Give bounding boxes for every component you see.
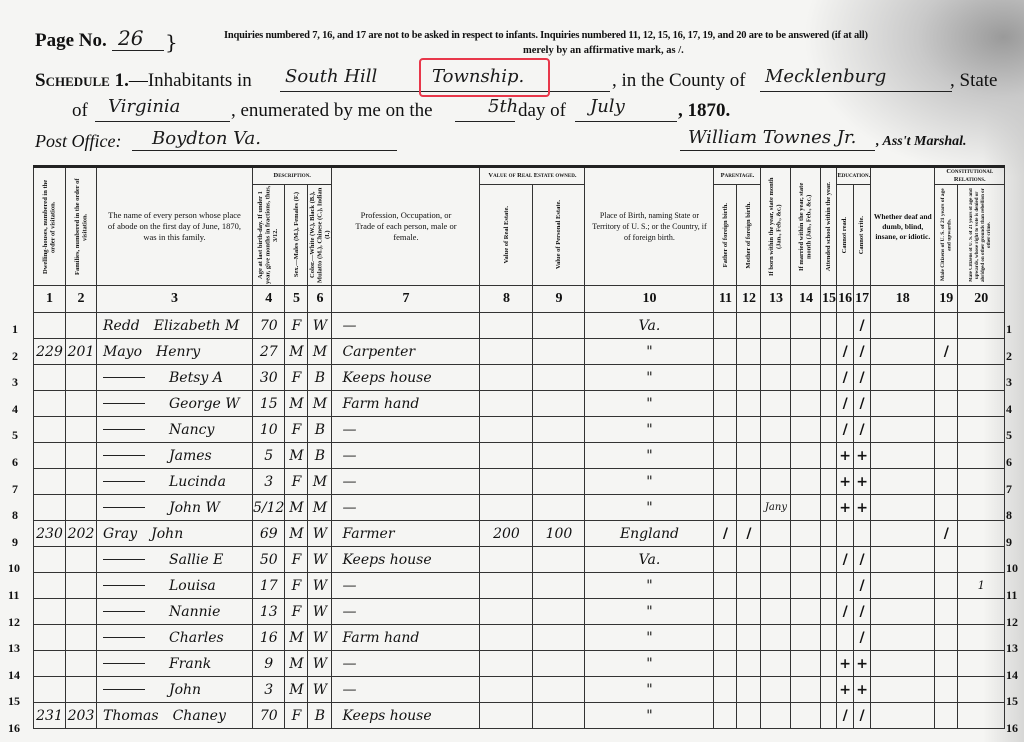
family-cell [66, 599, 97, 625]
person-name-cell: Lucinda [97, 469, 253, 495]
occupation-cell: — [332, 313, 480, 339]
constitutional-group-header: Constitutional Relations. [935, 168, 1004, 184]
census-page: Page No. 26 } Inquiries numbered 7, 16, … [0, 0, 1024, 742]
birthplace-cell: " [585, 651, 714, 677]
empty-cell [791, 547, 821, 573]
col-number: 16 [837, 286, 853, 313]
col-11-header: Father of foreign birth. [722, 203, 730, 267]
table-row: 229201MayoHenry27MMCarpenter"/// [34, 339, 1005, 365]
mother-foreign-cell [737, 443, 761, 469]
family-cell [66, 651, 97, 677]
color-cell: W [308, 521, 332, 547]
state-value: Virginia [108, 96, 180, 117]
occupation-cell: Farmer [332, 521, 480, 547]
empty-cell [871, 469, 935, 495]
person-name-cell: Louisa [97, 573, 253, 599]
description-group-header: Description. [253, 172, 331, 180]
day-underline [455, 121, 515, 122]
empty-cell [821, 469, 837, 495]
dwelling-cell [34, 391, 66, 417]
empty-cell [821, 339, 837, 365]
empty-cell [821, 677, 837, 703]
personal-cell [533, 469, 585, 495]
empty-cell [791, 339, 821, 365]
father-foreign-cell [714, 651, 737, 677]
family-cell [66, 495, 97, 521]
sex-cell: F [285, 547, 308, 573]
occupation-cell: Keeps house [332, 365, 480, 391]
col-number: 12 [737, 286, 761, 313]
col-number: 17 [853, 286, 870, 313]
highlight-box [419, 58, 550, 97]
empty-cell [821, 651, 837, 677]
education-group-header: Education. [837, 172, 870, 180]
line-number: 10 [1006, 561, 1018, 576]
person-name-cell: ThomasChaney [97, 703, 253, 729]
age-cell: 3 [253, 469, 285, 495]
denied-cell [958, 469, 1005, 495]
col-14-header: If married within the year, state month … [798, 177, 813, 277]
cannot-read-cell [837, 625, 853, 651]
citizen-cell [935, 443, 958, 469]
born-month-cell [761, 469, 791, 495]
empty-cell [871, 547, 935, 573]
citizen-cell [935, 547, 958, 573]
color-cell: W [308, 573, 332, 599]
ditto-dash [103, 507, 145, 508]
post-office-underline [132, 150, 397, 151]
cannot-read-cell: + [837, 651, 853, 677]
ditto-dash [103, 559, 145, 560]
occupation-cell: Farm hand [332, 391, 480, 417]
birthplace-cell: " [585, 417, 714, 443]
citizen-cell [935, 313, 958, 339]
occupation-cell: — [332, 443, 480, 469]
dwelling-cell: 231 [34, 703, 66, 729]
dwelling-cell [34, 469, 66, 495]
birthplace-cell: " [585, 625, 714, 651]
citizen-cell [935, 625, 958, 651]
col-4-header: Age at last birth-day. If under 1 year, … [257, 185, 280, 285]
person-name-cell: Sallie E [97, 547, 253, 573]
line-number: 7 [12, 482, 18, 497]
ditto-dash [103, 689, 145, 690]
col-15-header: Attended school within the year. [825, 182, 833, 271]
col-7-header: Profession, Occupation, or Trade of each… [332, 210, 479, 243]
family-cell [66, 547, 97, 573]
col-8-header: Value of Real Estate. [503, 206, 511, 264]
cannot-read-cell: / [837, 339, 853, 365]
age-cell: 5 [253, 443, 285, 469]
table-row: ReddElizabeth M70FW—Va./ [34, 313, 1005, 339]
personal-cell [533, 417, 585, 443]
birthplace-cell: " [585, 339, 714, 365]
family-cell [66, 469, 97, 495]
birthplace-cell: " [585, 365, 714, 391]
sex-cell: F [285, 469, 308, 495]
empty-cell [871, 417, 935, 443]
mother-foreign-cell [737, 703, 761, 729]
cannot-write-cell: + [853, 469, 870, 495]
col-number: 3 [97, 286, 253, 313]
line-number: 11 [1006, 588, 1017, 603]
personal-cell [533, 443, 585, 469]
of-label: of [72, 100, 88, 122]
line-number: 15 [1006, 694, 1018, 709]
month-value: July [590, 96, 625, 117]
personal-cell [533, 495, 585, 521]
family-cell [66, 365, 97, 391]
table-row: 230202GrayJohn69MWFarmer200100England/// [34, 521, 1005, 547]
family-cell [66, 417, 97, 443]
real-cell [480, 443, 533, 469]
family-cell [66, 391, 97, 417]
state-label: , State [950, 70, 998, 92]
ditto-dash [103, 429, 145, 430]
ditto-dash [103, 637, 145, 638]
line-number: 12 [1006, 615, 1018, 630]
empty-cell [821, 703, 837, 729]
birthplace-cell: " [585, 677, 714, 703]
age-cell: 5/12 [253, 495, 285, 521]
month-underline [575, 121, 677, 122]
page-number-label: Page No. [35, 30, 107, 52]
empty-cell [791, 703, 821, 729]
col-18-header: Whether deaf and dumb, blind, insane, or… [871, 212, 934, 242]
father-foreign-cell [714, 625, 737, 651]
empty-cell [821, 625, 837, 651]
born-month-cell [761, 391, 791, 417]
father-foreign-cell [714, 469, 737, 495]
surname: Redd [103, 318, 140, 334]
table-row: Sallie E50FWKeeps houseVa.// [34, 547, 1005, 573]
personal-cell [533, 339, 585, 365]
year-label: , 1870. [678, 100, 730, 122]
enumerated-label: , enumerated by me on the [231, 100, 433, 122]
col-number: 2 [66, 286, 97, 313]
brace: } [165, 30, 178, 54]
citizen-cell: / [935, 339, 958, 365]
birthplace-cell: " [585, 599, 714, 625]
cannot-read-cell: + [837, 677, 853, 703]
occupation-cell: Keeps house [332, 547, 480, 573]
color-cell: W [308, 313, 332, 339]
father-foreign-cell [714, 547, 737, 573]
ditto-dash [103, 455, 145, 456]
cannot-write-cell: + [853, 443, 870, 469]
denied-cell [958, 339, 1005, 365]
sex-cell: M [285, 625, 308, 651]
empty-cell [821, 313, 837, 339]
person-name-cell: Betsy A [97, 365, 253, 391]
family-cell: 201 [66, 339, 97, 365]
father-foreign-cell [714, 443, 737, 469]
birthplace-cell: " [585, 573, 714, 599]
col-1-header: Dwelling-houses, numbered in the order o… [42, 177, 57, 277]
census-table: Dwelling-houses, numbered in the order o… [33, 165, 1005, 729]
cannot-write-cell: / [853, 625, 870, 651]
dwelling-cell: 229 [34, 339, 66, 365]
col-number: 20 [958, 286, 1005, 313]
born-month-cell [761, 703, 791, 729]
occupation-cell: Carpenter [332, 339, 480, 365]
personal-cell [533, 625, 585, 651]
personal-cell [533, 365, 585, 391]
person-name-cell: Nancy [97, 417, 253, 443]
father-foreign-cell [714, 417, 737, 443]
born-month-cell [761, 365, 791, 391]
empty-cell [791, 417, 821, 443]
cannot-read-cell [837, 521, 853, 547]
cannot-write-cell: / [853, 313, 870, 339]
citizen-cell [935, 703, 958, 729]
line-number: 8 [1006, 508, 1012, 523]
cannot-write-cell: + [853, 677, 870, 703]
given-name: Sallie E [169, 552, 223, 568]
col-number: 13 [761, 286, 791, 313]
surname: Thomas [103, 708, 159, 724]
real-cell [480, 365, 533, 391]
color-cell: B [308, 443, 332, 469]
father-foreign-cell [714, 391, 737, 417]
dwelling-cell [34, 313, 66, 339]
citizen-cell [935, 677, 958, 703]
person-name-cell: GrayJohn [97, 521, 253, 547]
denied-cell [958, 521, 1005, 547]
col-number: 4 [253, 286, 285, 313]
citizen-cell: / [935, 521, 958, 547]
age-cell: 70 [253, 313, 285, 339]
personal-cell: 100 [533, 521, 585, 547]
empty-cell [821, 495, 837, 521]
age-cell: 50 [253, 547, 285, 573]
line-number: 9 [12, 535, 18, 550]
dwelling-cell [34, 677, 66, 703]
given-name: John [151, 526, 183, 542]
location-value: South Hill [285, 66, 377, 87]
ditto-dash [103, 585, 145, 586]
surname: Mayo [103, 344, 142, 360]
cannot-write-cell: / [853, 573, 870, 599]
col-number: 14 [791, 286, 821, 313]
col-6-header: Color.—White (W.), Black (B.), Mulatto (… [309, 185, 332, 285]
denied-cell [958, 391, 1005, 417]
citizen-cell [935, 391, 958, 417]
given-name: Charles [169, 630, 224, 646]
col-number: 1 [34, 286, 66, 313]
age-cell: 17 [253, 573, 285, 599]
cannot-read-cell: / [837, 391, 853, 417]
empty-cell [791, 625, 821, 651]
citizen-cell [935, 495, 958, 521]
day-of-label: day of [518, 100, 566, 122]
marshal-label: , Ass't Marshal. [876, 134, 967, 150]
instructions-line-2: merely by an affirmative mark, as /. [523, 45, 684, 56]
line-number: 10 [8, 561, 20, 576]
person-name-cell: ReddElizabeth M [97, 313, 253, 339]
real-cell [480, 495, 533, 521]
table-row: Louisa17FW—"/1 [34, 573, 1005, 599]
family-cell: 203 [66, 703, 97, 729]
denied-cell [958, 365, 1005, 391]
person-name-cell: James [97, 443, 253, 469]
person-name-cell: Charles [97, 625, 253, 651]
line-number: 7 [1006, 482, 1012, 497]
empty-cell [871, 625, 935, 651]
table-row: Frank9MW—"++ [34, 651, 1005, 677]
color-cell: W [308, 677, 332, 703]
instructions-line-1: Inquiries numbered 7, 16, and 17 are not… [224, 30, 868, 41]
citizen-cell [935, 417, 958, 443]
father-foreign-cell [714, 339, 737, 365]
age-cell: 10 [253, 417, 285, 443]
birthplace-cell: England [585, 521, 714, 547]
table-row: Nancy10FB—"// [34, 417, 1005, 443]
dwelling-cell [34, 573, 66, 599]
col-12-header: Mother of foreign birth. [745, 202, 753, 269]
born-month-cell: Jany [761, 495, 791, 521]
occupation-cell: — [332, 651, 480, 677]
line-number: 13 [8, 641, 20, 656]
color-cell: W [308, 599, 332, 625]
empty-cell [821, 365, 837, 391]
empty-cell [871, 599, 935, 625]
real-cell [480, 469, 533, 495]
col-20-header: Male Citizens of U. S. of 21 years of ag… [969, 185, 993, 285]
born-month-cell [761, 651, 791, 677]
county-underline [760, 91, 952, 92]
mother-foreign-cell [737, 313, 761, 339]
family-cell: 202 [66, 521, 97, 547]
color-cell: M [308, 391, 332, 417]
sex-cell: F [285, 313, 308, 339]
empty-cell [821, 521, 837, 547]
cannot-read-cell: / [837, 703, 853, 729]
empty-cell [791, 573, 821, 599]
family-cell [66, 625, 97, 651]
ditto-dash [103, 663, 145, 664]
person-name-cell: John W [97, 495, 253, 521]
cannot-write-cell: + [853, 495, 870, 521]
empty-cell [871, 677, 935, 703]
col-number: 9 [533, 286, 585, 313]
table-row: John3MW—"++ [34, 677, 1005, 703]
born-month-cell [761, 521, 791, 547]
empty-cell [871, 573, 935, 599]
denied-cell [958, 703, 1005, 729]
occupation-cell: — [332, 677, 480, 703]
line-number: 16 [8, 721, 20, 736]
born-month-cell [761, 443, 791, 469]
denied-cell [958, 417, 1005, 443]
given-name: Lucinda [169, 474, 226, 490]
line-number: 1 [1006, 322, 1012, 337]
ditto-dash [103, 403, 145, 404]
cannot-read-cell: + [837, 469, 853, 495]
father-foreign-cell: / [714, 521, 737, 547]
col-3-header: The name of every person whose place of … [97, 210, 252, 243]
color-cell: M [308, 339, 332, 365]
age-cell: 69 [253, 521, 285, 547]
mother-foreign-cell [737, 677, 761, 703]
county-value: Mecklenburg [765, 66, 886, 87]
col-5-header: Sex.—Males (M.), Females (F.) [293, 192, 301, 277]
born-month-cell [761, 417, 791, 443]
col-2-header: Families, numbered in the order of visit… [74, 177, 89, 277]
mother-foreign-cell [737, 391, 761, 417]
empty-cell [791, 495, 821, 521]
born-month-cell [761, 547, 791, 573]
mother-foreign-cell [737, 417, 761, 443]
empty-cell [821, 391, 837, 417]
line-number: 13 [1006, 641, 1018, 656]
real-cell [480, 625, 533, 651]
day-value: 5th [488, 96, 518, 117]
empty-cell [791, 599, 821, 625]
occupation-cell: Farm hand [332, 625, 480, 651]
ditto-dash [103, 481, 145, 482]
mother-foreign-cell [737, 495, 761, 521]
occupation-cell: — [332, 417, 480, 443]
col-number: 5 [285, 286, 308, 313]
mother-foreign-cell [737, 651, 761, 677]
empty-cell [791, 651, 821, 677]
family-cell [66, 313, 97, 339]
col-17-header: Cannot write. [858, 216, 866, 254]
cannot-write-cell: / [853, 339, 870, 365]
occupation-cell: — [332, 469, 480, 495]
birthplace-cell: " [585, 469, 714, 495]
born-month-cell [761, 313, 791, 339]
sex-cell: M [285, 443, 308, 469]
cannot-write-cell: / [853, 365, 870, 391]
personal-cell [533, 599, 585, 625]
col-9-header: Value of Personal Estate. [555, 200, 563, 269]
real-cell [480, 599, 533, 625]
empty-cell [871, 703, 935, 729]
color-cell: W [308, 547, 332, 573]
personal-cell [533, 573, 585, 599]
sex-cell: F [285, 599, 308, 625]
line-number: 1 [12, 322, 18, 337]
born-month-cell [761, 573, 791, 599]
given-name: Nannie [169, 604, 220, 620]
cannot-write-cell [853, 521, 870, 547]
real-cell [480, 651, 533, 677]
age-cell: 30 [253, 365, 285, 391]
citizen-cell [935, 469, 958, 495]
personal-cell [533, 313, 585, 339]
dwelling-cell [34, 443, 66, 469]
real-cell [480, 313, 533, 339]
real-cell [480, 417, 533, 443]
given-name: Louisa [169, 578, 216, 594]
cannot-read-cell: / [837, 365, 853, 391]
real-cell: 200 [480, 521, 533, 547]
line-number: 8 [12, 508, 18, 523]
table-row: George W15MMFarm hand"// [34, 391, 1005, 417]
father-foreign-cell [714, 677, 737, 703]
mother-foreign-cell [737, 365, 761, 391]
marshal-underline [680, 150, 875, 151]
line-number: 15 [8, 694, 20, 709]
line-number: 14 [8, 668, 20, 683]
given-name: Elizabeth M [154, 318, 240, 334]
given-name: Betsy A [169, 370, 223, 386]
given-name: Nancy [169, 422, 214, 438]
line-number: 4 [12, 402, 18, 417]
sex-cell: M [285, 495, 308, 521]
